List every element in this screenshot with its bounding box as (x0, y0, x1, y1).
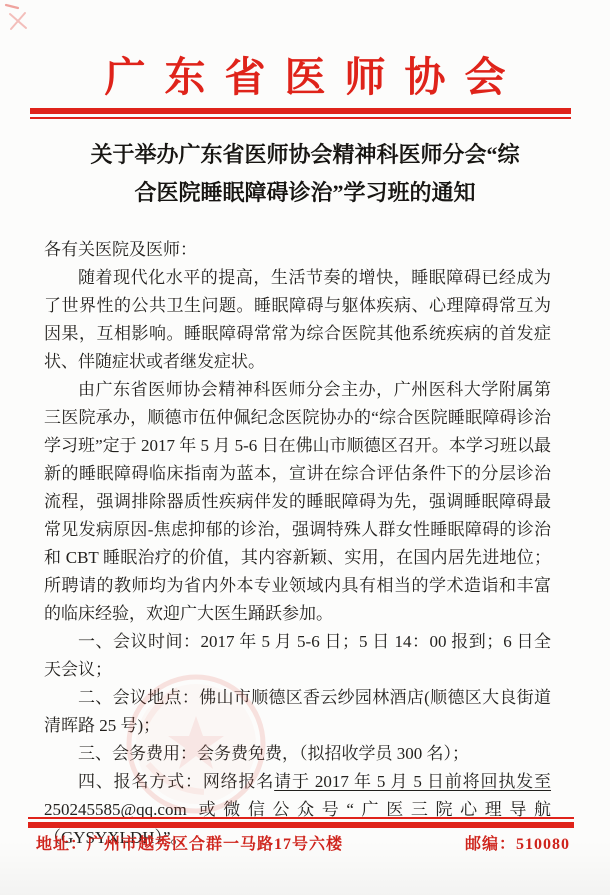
paragraph-organizers: 由广东省医师协会精神科医师分会主办，广州医科大学附属第三医院承办，顺德市伍仲佩纪… (44, 376, 551, 628)
item-meeting-venue: 二、会议地点：佛山市顺德区香云纱园林酒店(顺德区大良街道清晖路 25 号)； (44, 684, 551, 740)
header-divider (30, 108, 571, 119)
header-divider-thick-line (30, 108, 571, 114)
notice-body: 各有关医院及医师： 随着现代化水平的提高，生活节奏的增快，睡眠障碍已经成为了世界… (44, 236, 551, 852)
doc-title-line2: 合医院睡眠障碍诊治”学习班的通知 (30, 174, 580, 212)
doc-title-line1: 关于举办广东省医师协会精神科医师分会“综 (30, 136, 580, 174)
postcode-label: 邮编： (465, 836, 516, 853)
registration-deadline-text: 请于 2017 年 5 月 5 日前将回执发至 (274, 772, 551, 791)
item-meeting-time: 一、会议时间：2017 年 5 月 5-6 日；5 日 14：00 报到；6 日… (44, 628, 551, 684)
registration-prefix: 四、报名方式：网络报名 (78, 772, 274, 791)
footer-address: 地址：广州市越秀区合群一马路17号六楼 (36, 831, 343, 854)
footer-divider-thin-line (28, 817, 574, 819)
footer-divider-thick-line (28, 822, 574, 828)
address-value: 广州市越秀区合群一马路17号六楼 (87, 836, 343, 853)
doc-title: 关于举办广东省医师协会精神科医师分会“综 合医院睡眠障碍诊治”学习班的通知 (30, 136, 580, 212)
postcode-value: 510080 (516, 836, 570, 853)
address-label: 地址： (36, 836, 87, 853)
org-title: 广东省医师协会 (0, 44, 610, 103)
pen-mark-icon (2, 2, 50, 44)
salutation: 各有关医院及医师： (44, 236, 551, 264)
notice-document: 广东省医师协会 关于举办广东省医师协会精神科医师分会“综 合医院睡眠障碍诊治”学… (0, 0, 610, 895)
footer-divider (28, 817, 574, 828)
paragraph-intro: 随着现代化水平的提高，生活节奏的增快，睡眠障碍已经成为了世界性的公共卫生问题。睡… (44, 264, 551, 376)
item-fees: 三、会务费用：会务费免费，（拟招收学员 300 名）； (44, 740, 551, 768)
footer-postcode: 邮编：510080 (465, 831, 570, 854)
footer: 地址：广州市越秀区合群一马路17号六楼 邮编：510080 (36, 831, 570, 854)
header-divider-thin-line (30, 117, 571, 119)
